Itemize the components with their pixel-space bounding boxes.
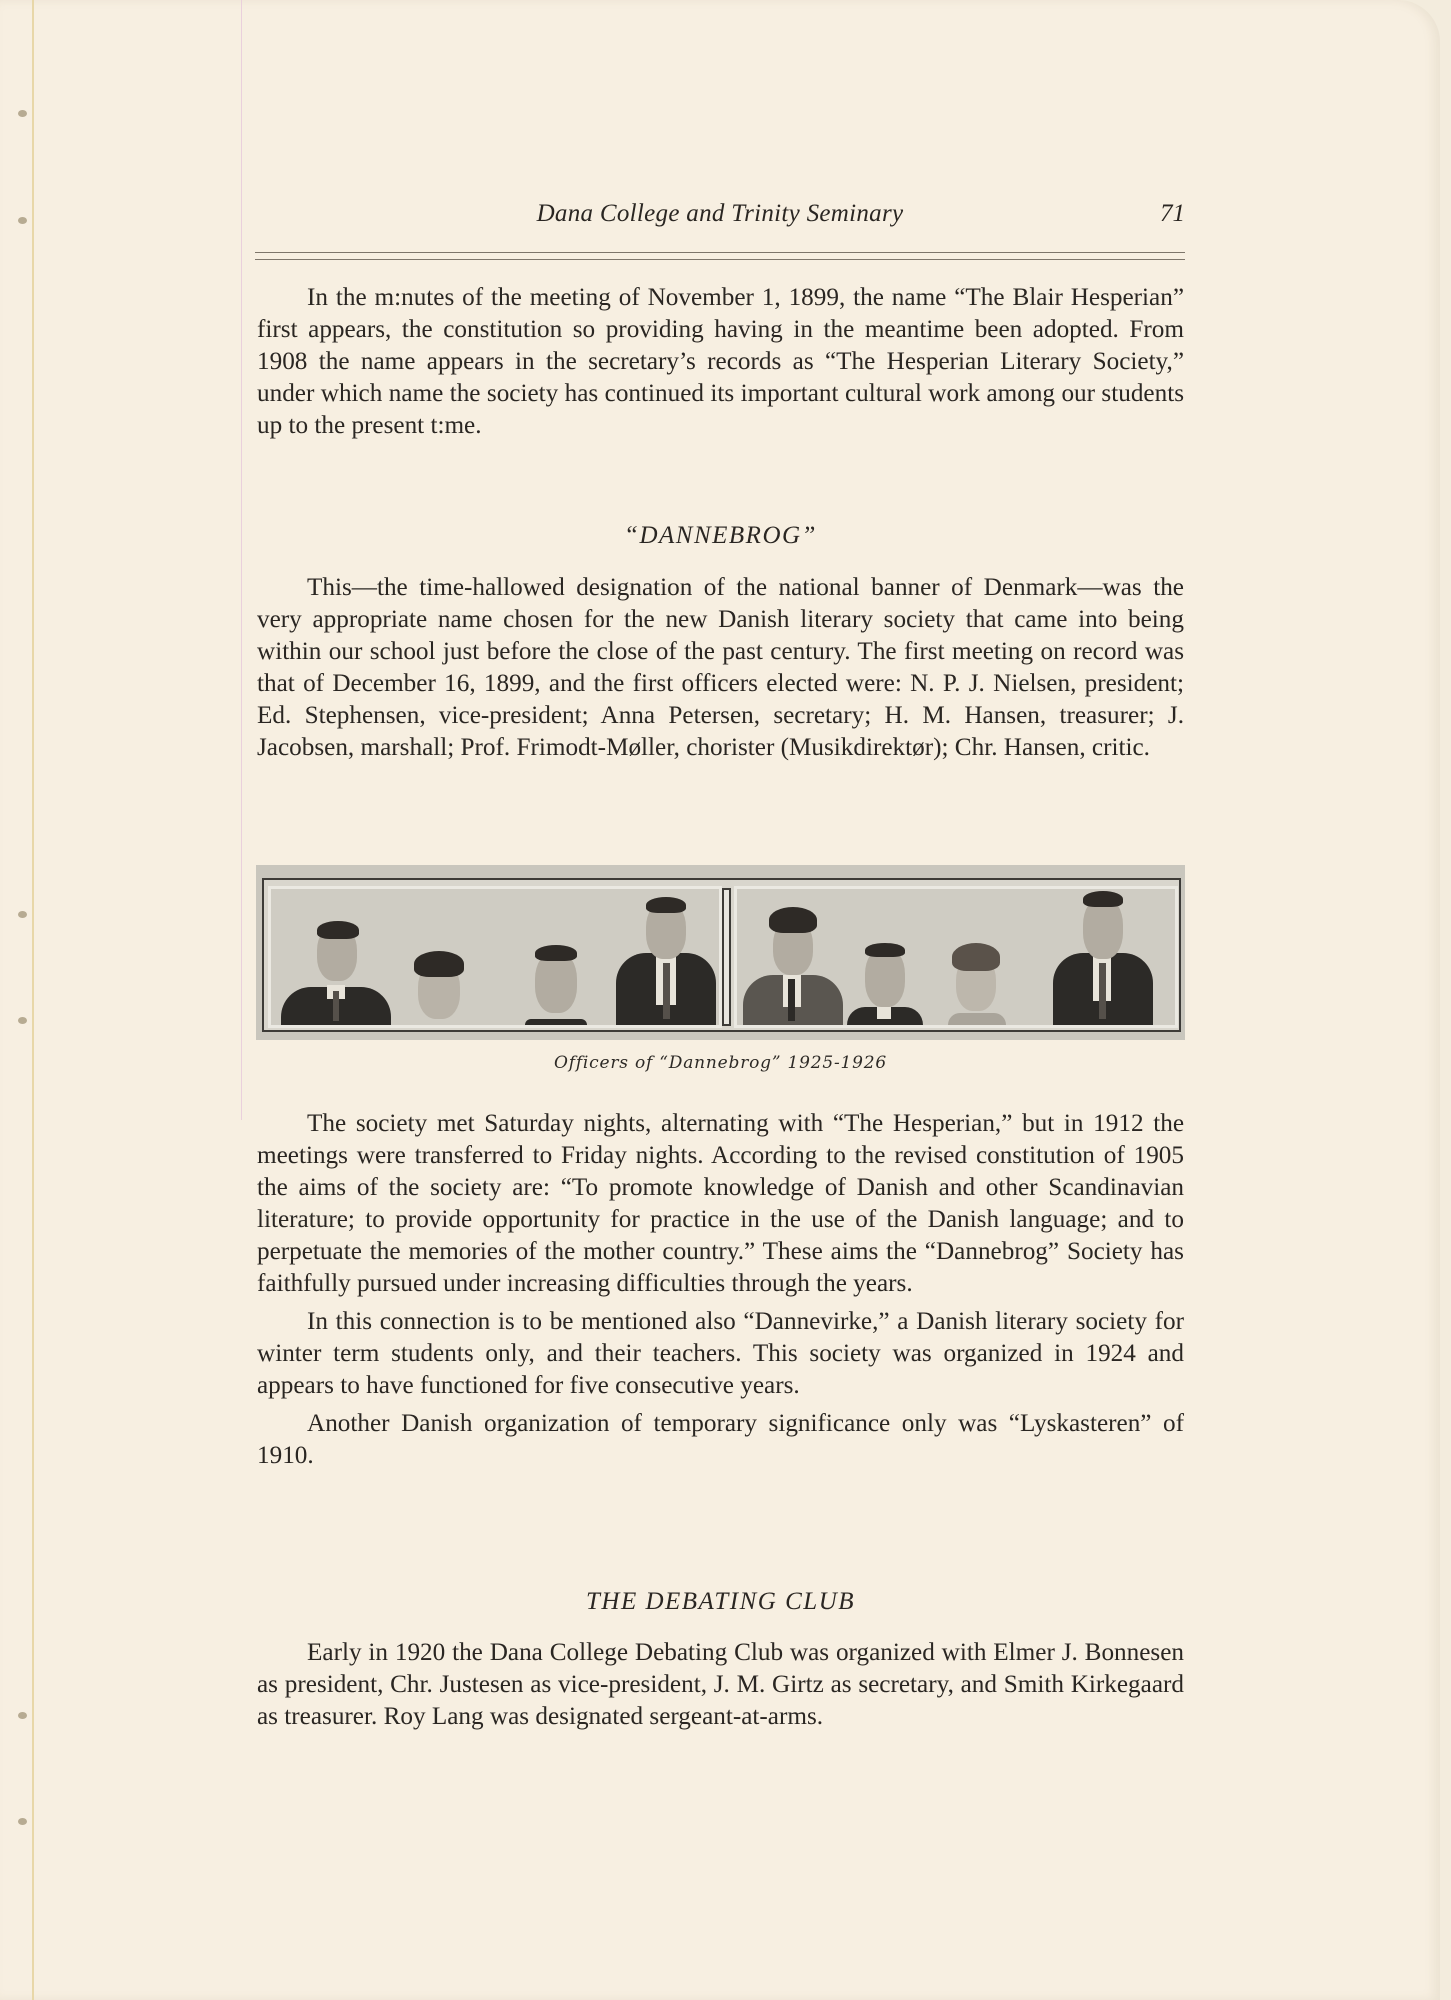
page-header: Dana College and Trinity Seminary 71 — [255, 200, 1185, 240]
debating-club-section: Early in 1920 the Dana College Debating … — [257, 1637, 1184, 1733]
binding-hole — [18, 1818, 27, 1825]
section-heading-debating-club: THE DEBATING CLUB — [257, 1588, 1184, 1616]
portrait-man — [521, 943, 591, 1025]
binding-hole — [18, 911, 27, 918]
binding-line — [32, 0, 34, 2000]
paragraph: This—the time-hallowed designation of th… — [257, 572, 1184, 764]
portrait-woman — [406, 945, 476, 1025]
dannebrog-section: This—the time-hallowed designation of th… — [257, 572, 1184, 764]
running-title: Dana College and Trinity Seminary — [255, 200, 1185, 228]
portrait-man — [281, 915, 391, 1025]
margin-rule — [241, 0, 242, 1120]
binding-hole — [18, 1017, 27, 1024]
binding-hole — [18, 1712, 27, 1719]
paragraph: In the m:nutes of the meeting of Novembe… — [257, 282, 1184, 442]
header-rule — [255, 252, 1185, 260]
binding-hole — [18, 110, 27, 117]
paragraph: The society met Saturday nights, alterna… — [257, 1108, 1184, 1300]
portrait-woman — [942, 941, 1012, 1025]
dannebrog-continued: The society met Saturday nights, alterna… — [257, 1108, 1184, 1472]
section-heading-dannebrog: “DANNEBROG” — [257, 522, 1184, 550]
paragraph: Early in 1920 the Dana College Debating … — [257, 1637, 1184, 1733]
page-number: 71 — [1160, 200, 1185, 228]
photo-caption: Officers of “Dannebrog” 1925-1926 — [256, 1053, 1185, 1073]
portrait-man — [743, 903, 843, 1025]
intro-section: In the m:nutes of the meeting of Novembe… — [257, 282, 1184, 442]
photo-frame — [262, 878, 1181, 1032]
photo-divider — [722, 888, 731, 1026]
portrait-man — [845, 943, 925, 1025]
book-page: Dana College and Trinity Seminary 71 In … — [0, 0, 1440, 2000]
paragraph: In this connection is to be mentioned al… — [257, 1306, 1184, 1402]
binding-hole — [18, 217, 27, 224]
officers-photo — [256, 865, 1185, 1040]
photo-panel-left — [268, 886, 722, 1028]
paragraph: Another Danish organization of temporary… — [257, 1408, 1184, 1472]
portrait-man — [616, 895, 716, 1025]
portrait-man — [1053, 891, 1153, 1025]
photo-panel-right — [734, 886, 1178, 1028]
